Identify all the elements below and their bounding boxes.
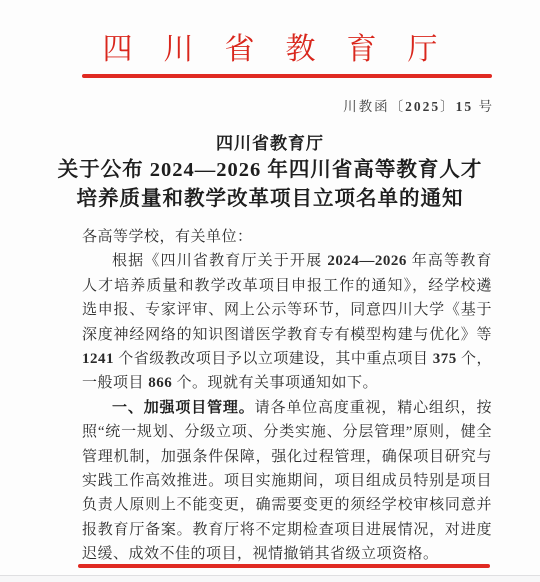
document-title: 四川省教育厅 关于公布 2024—2026 年四川省高等教育人才 培养质量和教学… [0,132,540,213]
docnum-suffix: 号 [473,99,494,114]
para1-general-projects-count: 866 [148,375,172,391]
agency-letterhead: 四川省教育厅 [0,24,540,68]
title-subject-line-2: 培养质量和教学改革项目立项名单的通知 [0,185,540,214]
para1-years-range: 2024—2026 [327,253,407,269]
docnum-mid: 〕 [440,99,456,114]
para1-key-projects-count: 375 [433,351,457,367]
footer-divider-line [78,564,490,568]
paragraph-approval: 根据《四川省教育厅关于开展 2024—2026 年高等教育人才培养质量和教学改革… [82,249,492,395]
para1-seg-8: 个。现就有关事项通知如下。 [172,375,378,391]
title-issuer-line: 四川省教育厅 [0,132,540,156]
para1-seg-4: 个省级教改项目予以立项建设，其中重点项目 [114,351,433,367]
section-1-heading: 一、加强项目管理。 [112,400,255,416]
letterhead-divider-line [82,74,492,78]
section-1-text: 请各单位高度重视，精心组织，按照“统一规划、分级立项、分类实施、分层管理”原则，… [82,400,492,562]
paragraph-management: 一、加强项目管理。请各单位高度重视，精心组织，按照“统一规划、分级立项、分类实施… [82,396,492,567]
page-bottom-edge [0,575,540,582]
title-subject-line-1: 关于公布 2024—2026 年四川省高等教育人才 [0,156,540,185]
document-body: 各高等学校，有关单位： 根据《四川省教育厅关于开展 2024—2026 年高等教… [82,225,492,567]
document-number: 川教函〔2025〕15 号 [343,95,494,115]
docnum-serial: 15 [456,99,474,114]
docnum-year: 2025 [405,99,440,114]
document-page: 四川省教育厅 川教函〔2025〕15 号 四川省教育厅 关于公布 2024—20… [0,0,540,582]
para1-seg-0: 根据《四川省教育厅关于开展 [112,253,327,269]
salutation: 各高等学校，有关单位： [82,225,492,249]
docnum-prefix: 川教函〔 [343,99,405,114]
para1-total-projects-count: 1241 [82,351,114,367]
